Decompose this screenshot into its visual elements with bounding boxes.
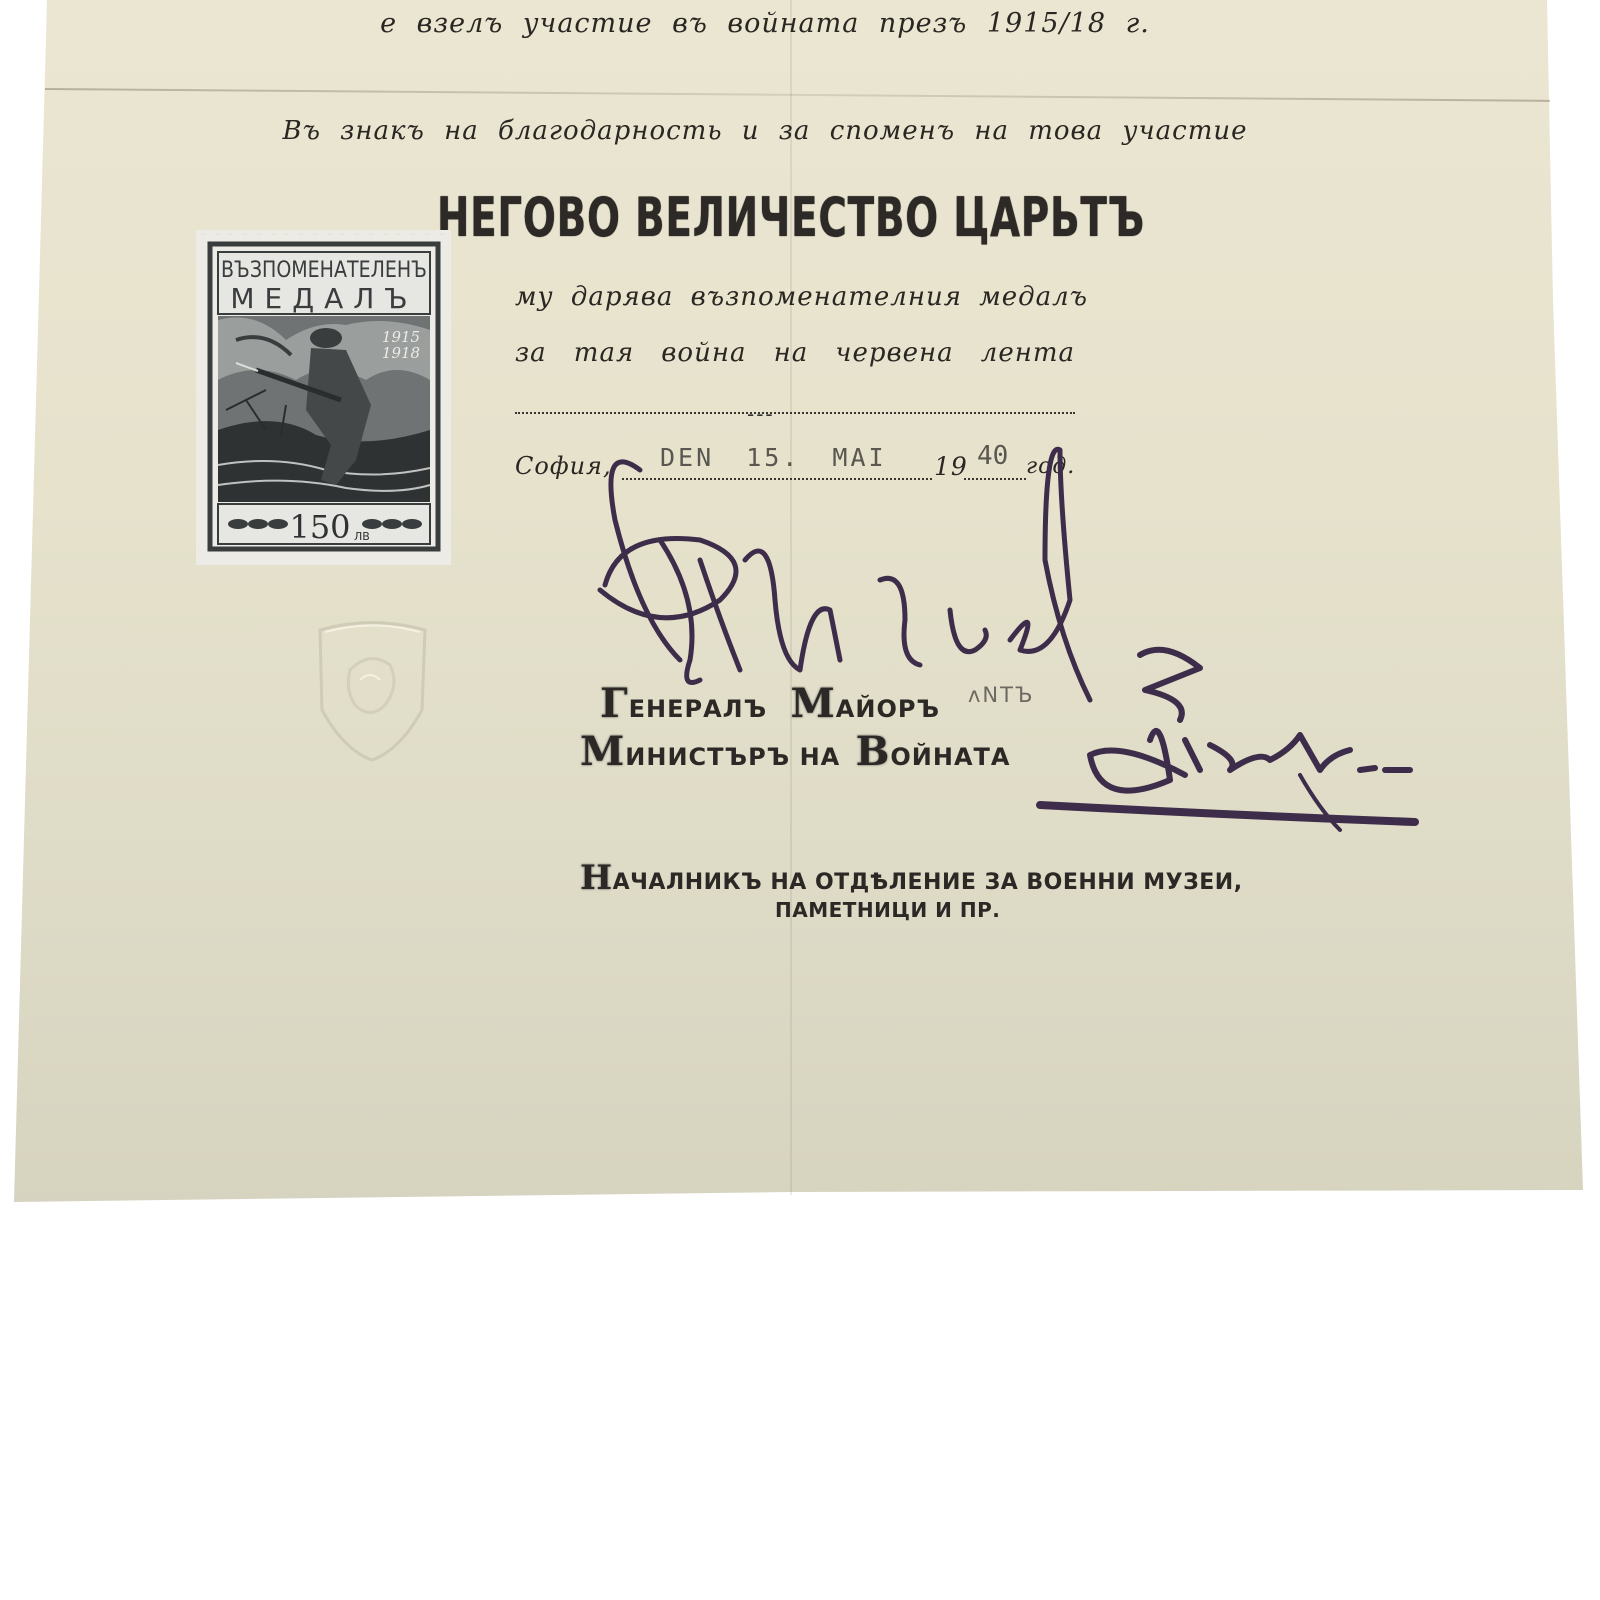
lion-coat-of-arms-icon	[300, 610, 445, 765]
medal-stamp: ВЪЗПОМЕНАТЕЛЕНЪ МЕДАЛЪ 1915 1918 150 ЛВ	[196, 230, 451, 565]
date-stamp: DEN 15. MAI	[660, 443, 887, 472]
stamp-title-1: ВЪЗПОМЕНАТЕЛЕНЪ	[221, 258, 427, 283]
stamp-currency: ЛВ	[354, 530, 370, 543]
lieutenant-overstamp: ᴧNTЪ	[968, 683, 1034, 707]
chief-title-text: АЧАЛНИКЪ НА ОТДѢЛЕНИЕ ЗА ВОЕННИ МУЗЕИ,	[613, 870, 1243, 895]
ornate-initial: Г	[600, 680, 629, 727]
date-dotted-line	[622, 478, 932, 480]
ornate-initial: Н	[580, 858, 613, 898]
year-prefix: 19	[934, 452, 968, 481]
stamp-value: 150	[289, 508, 350, 546]
rank2-text: АЙОРЪ	[836, 695, 940, 723]
department-chief-title: НАЧАЛНИКЪ НА ОТДѢЛЕНИЕ ЗА ВОЕННИ МУЗЕИ,	[580, 858, 1243, 898]
stamp-years-2: 1918	[382, 344, 420, 362]
stamp-title-2: МЕДАЛЪ	[230, 282, 417, 315]
ribbon-line: за тая война на червена лента	[515, 338, 1075, 368]
department-chief-title-line2: ПАМЕТНИЦИ И ПР.	[775, 898, 1000, 922]
ornate-initial: В	[856, 728, 891, 775]
ornate-initial: М	[580, 728, 625, 775]
place-label: София,	[515, 452, 612, 480]
participation-line: е взелъ участие въ войната презъ 1915/18…	[0, 8, 1530, 39]
grant-line: му дарява възпоменателния медалъ	[515, 282, 1075, 312]
minister-of-war-title: МИНИСТЪРЪ НА ВОЙНАТА	[580, 728, 1011, 775]
year-label: год.	[1026, 454, 1075, 479]
title2-text: ОЙНАТА	[890, 743, 1010, 771]
certificate-paper	[0, 0, 1600, 1220]
ornate-initial: М	[791, 680, 836, 727]
title-text: ИНИСТЪРЪ НА	[625, 743, 840, 771]
vertical-fold-line	[790, 0, 792, 1195]
dash-mark: ---	[747, 402, 775, 426]
year-dotted-line	[964, 478, 1026, 480]
year-stamp: 40	[977, 441, 1008, 471]
gratitude-line: Въ знакъ на благодарность и за споменъ н…	[0, 116, 1530, 146]
rank-text: ЕНЕРАЛЪ	[629, 695, 768, 723]
dotted-name-line	[515, 412, 1075, 414]
general-rank-title: ГЕНЕРАЛЪ МАЙОРЪ	[600, 680, 940, 727]
